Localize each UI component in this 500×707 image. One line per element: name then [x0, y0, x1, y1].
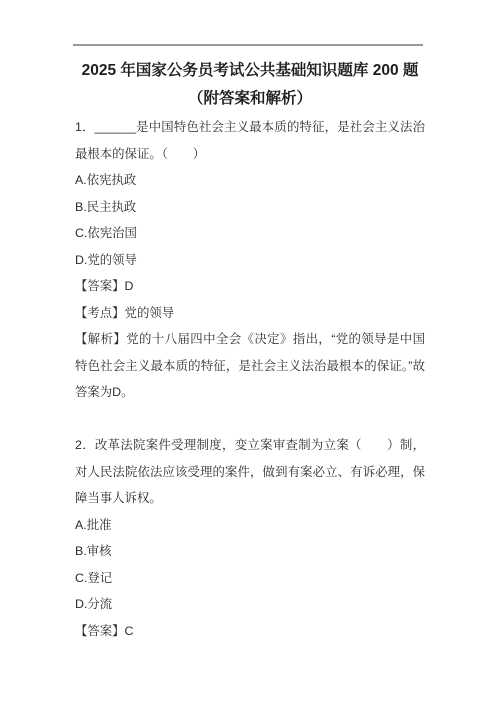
question-2-option-a: A.批准	[75, 512, 425, 539]
question-2: 2．改革法院案件受理制度，变立案审查制为立案（ ）制，对人民法院依法应该受理的案…	[75, 432, 425, 644]
document-page: 2025 年国家公务员考试公共基础知识题库 200 题 （附答案和解析） 1．_…	[0, 0, 500, 707]
question-2-option-b: B.审核	[75, 538, 425, 565]
question-2-stem: 2．改革法院案件受理制度，变立案审查制为立案（ ）制，对人民法院依法应该受理的案…	[75, 432, 425, 512]
question-1-option-c: C.依宪治国	[75, 220, 425, 247]
question-1-stem: 1．______是中国特色社会主义最本质的特征，是社会主义法治最根本的保证。（ …	[75, 114, 425, 167]
document-title-line2: （附答案和解析）	[0, 85, 500, 113]
question-1: 1．______是中国特色社会主义最本质的特征，是社会主义法治最根本的保证。（ …	[75, 114, 425, 406]
question-2-option-c: C.登记	[75, 565, 425, 592]
document-title-line1: 2025 年国家公务员考试公共基础知识题库 200 题	[0, 57, 500, 85]
question-2-answer: 【答案】C	[75, 618, 425, 645]
title-divider-line	[73, 44, 423, 46]
document-title: 2025 年国家公务员考试公共基础知识题库 200 题 （附答案和解析）	[0, 57, 500, 113]
question-2-option-d: D.分流	[75, 591, 425, 618]
question-1-option-d: D.党的领导	[75, 247, 425, 274]
question-1-key-point: 【考点】党的领导	[75, 300, 425, 327]
document-body: 1．______是中国特色社会主义最本质的特征，是社会主义法治最根本的保证。（ …	[75, 114, 425, 644]
question-1-option-b: B.民主执政	[75, 194, 425, 221]
question-1-answer: 【答案】D	[75, 273, 425, 300]
question-1-analysis: 【解析】党的十八届四中全会《决定》指出，“党的领导是中国特色社会主义最本质的特征…	[75, 326, 425, 406]
question-1-option-a: A.依宪执政	[75, 167, 425, 194]
